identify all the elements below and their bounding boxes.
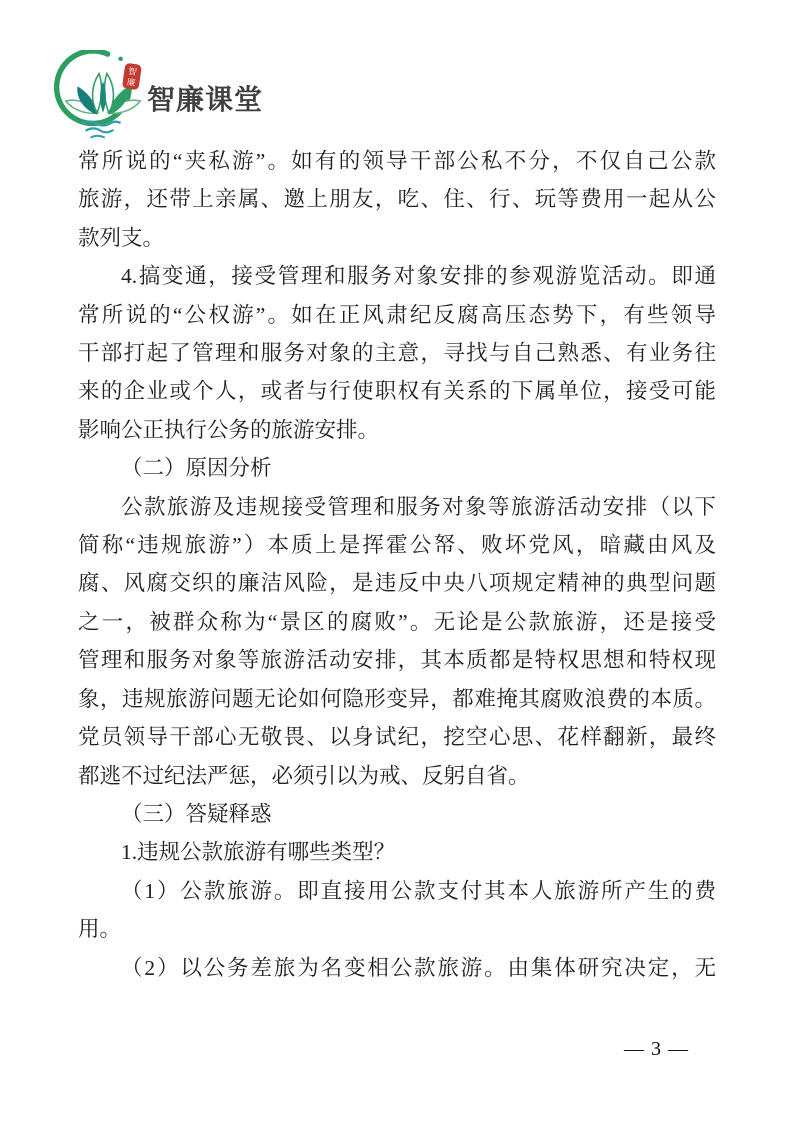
section-heading: （二）原因分析 — [78, 449, 716, 487]
text-line: 党员领导干部心无敬畏、以身试纪，挖空心思、花样翻新，最终 — [78, 718, 716, 756]
page-number: — 3 — — [624, 1038, 689, 1061]
text-line: 管理和服务对象等旅游活动安排，其本质都是特权思想和特权现 — [78, 641, 716, 679]
text-line: （2）以公务差旅为名变相公款旅游。由集体研究决定，无 — [78, 949, 716, 987]
document-page: 智 廉 智廉课堂 常所说的“夹私游”。如有的领导干部公私不分，不仅自己公款 旅游… — [0, 0, 794, 1123]
section-heading: （三）答疑释惑 — [78, 795, 716, 833]
text-line: 影响公正执行公务的旅游安排。 — [78, 411, 716, 449]
text-line: 4.搞变通，接受管理和服务对象安排的参观游览活动。即通 — [78, 257, 716, 295]
text-line: （1）公款旅游。即直接用公款支付其本人旅游所产生的费 — [78, 872, 716, 910]
text-line: 常所说的“夹私游”。如有的领导干部公私不分，不仅自己公款 — [78, 142, 716, 180]
text-line: 腐、风腐交织的廉洁风险，是违反中央八项规定精神的典型问题 — [78, 564, 716, 602]
logo: 智 廉 智廉课堂 — [54, 50, 354, 150]
text-line: 公款旅游及违规接受管理和服务对象等旅游活动安排（以下 — [78, 488, 716, 526]
document-text-block: 常所说的“夹私游”。如有的领导干部公私不分，不仅自己公款 旅游，还带上亲属、邀上… — [78, 142, 716, 987]
text-line: 款列支。 — [78, 219, 716, 257]
droplet-dot — [118, 57, 123, 62]
petal-inner-left — [93, 74, 102, 113]
text-line: 1.违规公款旅游有哪些类型？ — [78, 833, 716, 871]
seal-stamp: 智 廉 — [122, 63, 142, 91]
text-line: 来的企业或个人，或者与行使职权有关系的下属单位，接受可能 — [78, 372, 716, 410]
wave-line-2 — [86, 128, 112, 132]
text-line: 常所说的“公权游”。如在正风肃纪反腐高压态势下，有些领导 — [78, 296, 716, 334]
wave-line-3 — [91, 136, 104, 137]
seal-char-top: 智 — [128, 65, 138, 77]
text-line: 干部打起了管理和服务对象的主意，寻找与自己熟悉、有业务往 — [78, 334, 716, 372]
text-line: 旅游，还带上亲属、邀上朋友，吃、住、行、玩等费用一起从公 — [78, 180, 716, 218]
text-line: 用。 — [78, 910, 716, 948]
logo-title: 智廉课堂 — [147, 78, 263, 118]
petal-inner-right — [105, 74, 114, 113]
seal-char-bottom: 廉 — [126, 76, 136, 88]
text-line: 之一，被群众称为“景区的腐败”。无论是公款旅游，还是接受 — [78, 603, 716, 641]
text-line: 象，违规旅游问题无论如何隐形变异，都难掩其腐败浪费的本质。 — [78, 680, 716, 718]
text-line: 都逃不过纪法严惩，必须引以为戒、反躬自省。 — [78, 757, 716, 795]
lotus-logo-icon: 智 廉 — [54, 50, 152, 148]
text-line: 简称“违规旅游”）本质上是挥霍公帑、败坏党风，暗藏由风及 — [78, 526, 716, 564]
